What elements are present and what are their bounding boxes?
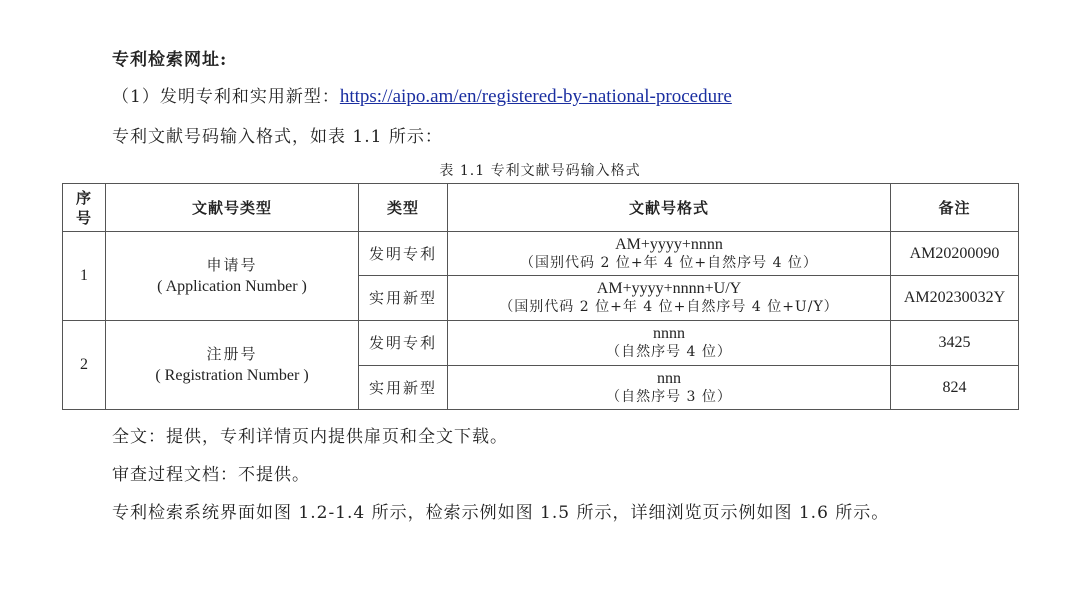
format-cell: nnn （自然序号 3 位） — [448, 366, 891, 410]
kind-cell: 实用新型 — [359, 276, 448, 321]
header-index: 序号 — [63, 184, 106, 232]
kind-cell: 实用新型 — [359, 366, 448, 410]
table-header-row: 序号 文献号类型 类型 文献号格式 备注 — [63, 184, 1019, 232]
format-cell: nnnn （自然序号 4 位） — [448, 321, 891, 366]
row-index: 1 — [63, 232, 106, 321]
example-cell: 3425 — [891, 321, 1019, 366]
row-index: 2 — [63, 321, 106, 410]
header-index-text: 序号 — [75, 188, 93, 228]
format-pattern: nnn — [448, 370, 890, 388]
doc-type-cell: 申请号 ( Application Number ) — [106, 232, 359, 321]
format-pattern: AM+yyyy+nnnn+U/Y — [448, 280, 890, 298]
table-caption: 表 1.1 专利文献号码输入格式 — [0, 160, 1080, 180]
example-cell: 824 — [891, 366, 1019, 410]
link-line: （1）发明专利和实用新型：https://aipo.am/en/register… — [112, 82, 732, 108]
format-cell: AM+yyyy+nnnn+U/Y （国别代码 2 位+年 4 位+自然序号 4 … — [448, 276, 891, 321]
section-heading: 专利检索网址: — [112, 45, 227, 70]
figures-note: 专利检索系统界面如图 1.2-1.4 所示，检索示例如图 1.5 所示，详细浏览… — [112, 498, 889, 523]
intro-text: 专利文献号码输入格式，如表 1.1 所示： — [112, 122, 443, 147]
table-row: 1 申请号 ( Application Number ) 发明专利 AM+yyy… — [63, 232, 1019, 276]
kind-cell: 发明专利 — [359, 321, 448, 366]
header-kind: 类型 — [359, 184, 448, 232]
format-note: （国别代码 2 位+年 4 位+自然序号 4 位+U/Y） — [448, 298, 890, 316]
kind-cell: 发明专利 — [359, 232, 448, 276]
header-format: 文献号格式 — [448, 184, 891, 232]
link-prefix: （1）发明专利和实用新型： — [112, 87, 340, 107]
format-cell: AM+yyyy+nnnn （国别代码 2 位+年 4 位+自然序号 4 位） — [448, 232, 891, 276]
doc-type-cn: 申请号 — [106, 256, 358, 274]
exam-docs-note: 审查过程文档：不提供。 — [112, 460, 310, 485]
patent-search-link[interactable]: https://aipo.am/en/registered-by-nationa… — [340, 86, 732, 107]
table-caption-text: 表 1.1 专利文献号码输入格式 — [439, 160, 640, 180]
header-doc-type: 文献号类型 — [106, 184, 359, 232]
format-pattern: AM+yyyy+nnnn — [448, 236, 890, 254]
header-example: 备注 — [891, 184, 1019, 232]
doc-type-cn: 注册号 — [106, 345, 358, 363]
doc-type-cell: 注册号 ( Registration Number ) — [106, 321, 359, 410]
fulltext-note: 全文：提供，专利详情页内提供扉页和全文下载。 — [112, 422, 508, 447]
doc-type-en: ( Registration Number ) — [106, 367, 358, 385]
format-pattern: nnnn — [448, 325, 890, 343]
format-note: （自然序号 4 位） — [448, 343, 890, 361]
example-cell: AM20200090 — [891, 232, 1019, 276]
format-note: （国别代码 2 位+年 4 位+自然序号 4 位） — [448, 254, 890, 272]
example-cell: AM20230032Y — [891, 276, 1019, 321]
doc-type-en: ( Application Number ) — [106, 278, 358, 296]
table-row: 2 注册号 ( Registration Number ) 发明专利 nnnn … — [63, 321, 1019, 366]
format-table: 序号 文献号类型 类型 文献号格式 备注 1 申请号 ( Application… — [62, 183, 1019, 410]
format-note: （自然序号 3 位） — [448, 388, 890, 406]
